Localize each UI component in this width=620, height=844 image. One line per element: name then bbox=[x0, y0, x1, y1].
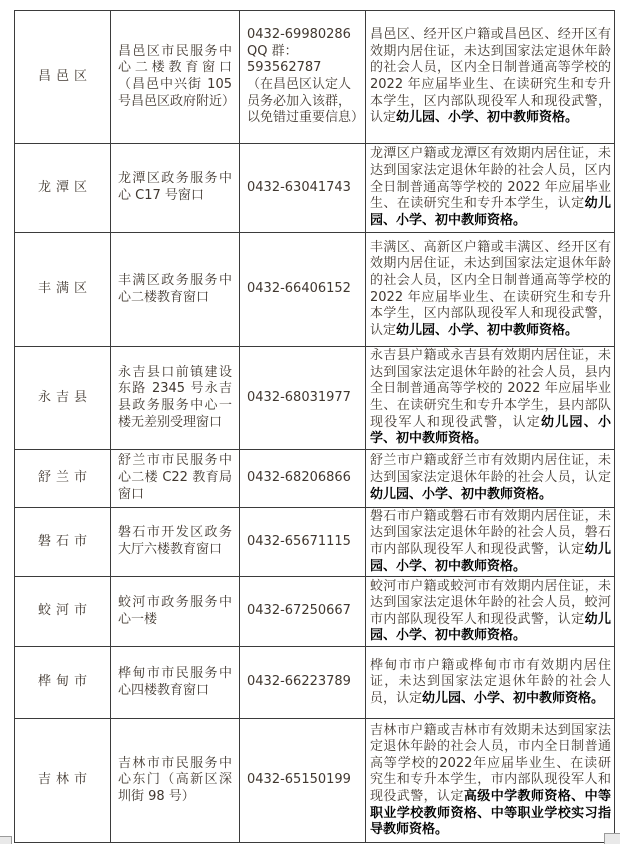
description-cell: 吉林市户籍或吉林市有效期未达到国家法定退休年龄的社会人员，市内全日制普通高等学校… bbox=[366, 719, 615, 843]
description-text: 蛟河市户籍或蛟河市有效期内居住证，未达到国家法定退休年龄的社会人员，蛟河市内部队… bbox=[370, 579, 611, 627]
description-bold-text: 幼儿园、小学、初中教师资格。 bbox=[396, 110, 578, 125]
document-page: 昌邑区 昌邑区市民服务中心二楼教育窗口（昌邑中兴街 105 号昌邑区政府附近） … bbox=[0, 0, 620, 844]
location-cell: 龙潭区政务服务中心 C17 号窗口 bbox=[111, 144, 240, 233]
district-cell: 昌邑区 bbox=[15, 11, 111, 144]
description-cell: 磐石市户籍或磐石市有效期内居住证，未达到国家法定退休年龄的社会人员，磐石市内部队… bbox=[366, 507, 615, 577]
table-row: 蛟河市 蛟河市政务服务中心一楼 0432-67250667 蛟河市户籍或蛟河市有… bbox=[15, 577, 615, 647]
description-cell: 永吉县户籍或永吉县有效期内居住证，未达到国家法定退休年龄的社会人员，县内全日制普… bbox=[366, 347, 615, 450]
certification-table: 昌邑区 昌邑区市民服务中心二楼教育窗口（昌邑中兴街 105 号昌邑区政府附近） … bbox=[14, 10, 615, 843]
location-cell: 丰满区政务服务中心二楼教育窗口 bbox=[111, 233, 240, 347]
table-row: 龙潭区 龙潭区政务服务中心 C17 号窗口 0432-63041743 龙潭区户… bbox=[15, 144, 615, 233]
description-bold-text: 幼儿园、小学、初中教师资格。 bbox=[422, 691, 604, 706]
description-cell: 丰满区、高新区户籍或丰满区、经开区有效期内居住证，未达到国家法定退休年龄的社会人… bbox=[366, 233, 615, 347]
table-row: 吉林市 吉林市市民服务中心东门（高新区深圳街 98 号） 0432-651501… bbox=[15, 719, 615, 843]
description-cell: 龙潭区户籍或龙潭区有效期内居住证，未达到国家法定退休年龄的社会人员，区内全日制普… bbox=[366, 144, 615, 233]
location-cell: 昌邑区市民服务中心二楼教育窗口（昌邑中兴街 105 号昌邑区政府附近） bbox=[111, 11, 240, 144]
contact-cell: 0432-65671115 bbox=[240, 507, 366, 577]
description-cell: 舒兰市户籍或舒兰市有效期内居住证，未达到国家法定退休年龄的社会人员，认定幼儿园、… bbox=[366, 449, 615, 507]
scrollbar-fragment-right[interactable] bbox=[604, 833, 620, 844]
table-row: 磐石市 磐石市开发区政务大厅六楼教育窗口 0432-65671115 磐石市户籍… bbox=[15, 507, 615, 577]
district-cell: 丰满区 bbox=[15, 233, 111, 347]
contact-cell: 0432-68031977 bbox=[240, 347, 366, 450]
district-cell: 永吉县 bbox=[15, 347, 111, 450]
description-bold-text: 幼儿园、小学、初中教师资格。 bbox=[370, 487, 552, 502]
location-cell: 永吉县口前镇建设东路 2345 号永吉县政务服务中心一楼无差别受理窗口 bbox=[111, 347, 240, 450]
district-cell: 磐石市 bbox=[15, 507, 111, 577]
table-row: 桦甸市 桦甸市市民服务中心四楼教育窗口 0432-66223789 桦甸市市户籍… bbox=[15, 647, 615, 719]
table-row: 永吉县 永吉县口前镇建设东路 2345 号永吉县政务服务中心一楼无差别受理窗口 … bbox=[15, 347, 615, 450]
contact-cell: 0432-69980286 QQ 群：593562787 （在昌邑区认定人员务必… bbox=[240, 11, 366, 144]
contact-cell: 0432-65150199 bbox=[240, 719, 366, 843]
description-cell: 蛟河市户籍或蛟河市有效期内居住证，未达到国家法定退休年龄的社会人员，蛟河市内部队… bbox=[366, 577, 615, 647]
description-bold-text: 幼儿园、小学、初中教师资格。 bbox=[396, 323, 578, 338]
scrollbar-fragment-left[interactable] bbox=[0, 836, 12, 844]
contact-cell: 0432-66223789 bbox=[240, 647, 366, 719]
table-row: 舒兰市 舒兰市市民服务中心二楼 C22 教育局窗口 0432-68206866 … bbox=[15, 449, 615, 507]
location-cell: 吉林市市民服务中心东门（高新区深圳街 98 号） bbox=[111, 719, 240, 843]
description-text: 舒兰市户籍或舒兰市有效期内居住证，未达到国家法定退休年龄的社会人员，认定 bbox=[370, 453, 611, 485]
location-cell: 磐石市开发区政务大厅六楼教育窗口 bbox=[111, 507, 240, 577]
location-cell: 蛟河市政务服务中心一楼 bbox=[111, 577, 240, 647]
description-text: 磐石市户籍或磐石市有效期内居住证，未达到国家法定退休年龄的社会人员，磐石市内部队… bbox=[370, 509, 611, 557]
district-cell: 吉林市 bbox=[15, 719, 111, 843]
description-cell: 桦甸市市户籍或桦甸市市有效期内居住证，未达到国家法定退休年龄的社会人员，认定幼儿… bbox=[366, 647, 615, 719]
description-cell: 昌邑区、经开区户籍或昌邑区、经开区有效期内居住证，未达到国家法定退休年龄的社会人… bbox=[366, 11, 615, 144]
location-cell: 舒兰市市民服务中心二楼 C22 教育局窗口 bbox=[111, 449, 240, 507]
contact-cell: 0432-67250667 bbox=[240, 577, 366, 647]
contact-cell: 0432-66406152 bbox=[240, 233, 366, 347]
contact-cell: 0432-68206866 bbox=[240, 449, 366, 507]
district-cell: 舒兰市 bbox=[15, 449, 111, 507]
contact-cell: 0432-63041743 bbox=[240, 144, 366, 233]
district-cell: 蛟河市 bbox=[15, 577, 111, 647]
location-cell: 桦甸市市民服务中心四楼教育窗口 bbox=[111, 647, 240, 719]
district-cell: 桦甸市 bbox=[15, 647, 111, 719]
table-row: 昌邑区 昌邑区市民服务中心二楼教育窗口（昌邑中兴街 105 号昌邑区政府附近） … bbox=[15, 11, 615, 144]
table-row: 丰满区 丰满区政务服务中心二楼教育窗口 0432-66406152 丰满区、高新… bbox=[15, 233, 615, 347]
district-cell: 龙潭区 bbox=[15, 144, 111, 233]
description-text: 龙潭区户籍或龙潭区有效期内居住证，未达到国家法定退休年龄的社会人员，区内全日制普… bbox=[370, 146, 611, 211]
table-body: 昌邑区 昌邑区市民服务中心二楼教育窗口（昌邑中兴街 105 号昌邑区政府附近） … bbox=[15, 11, 615, 843]
